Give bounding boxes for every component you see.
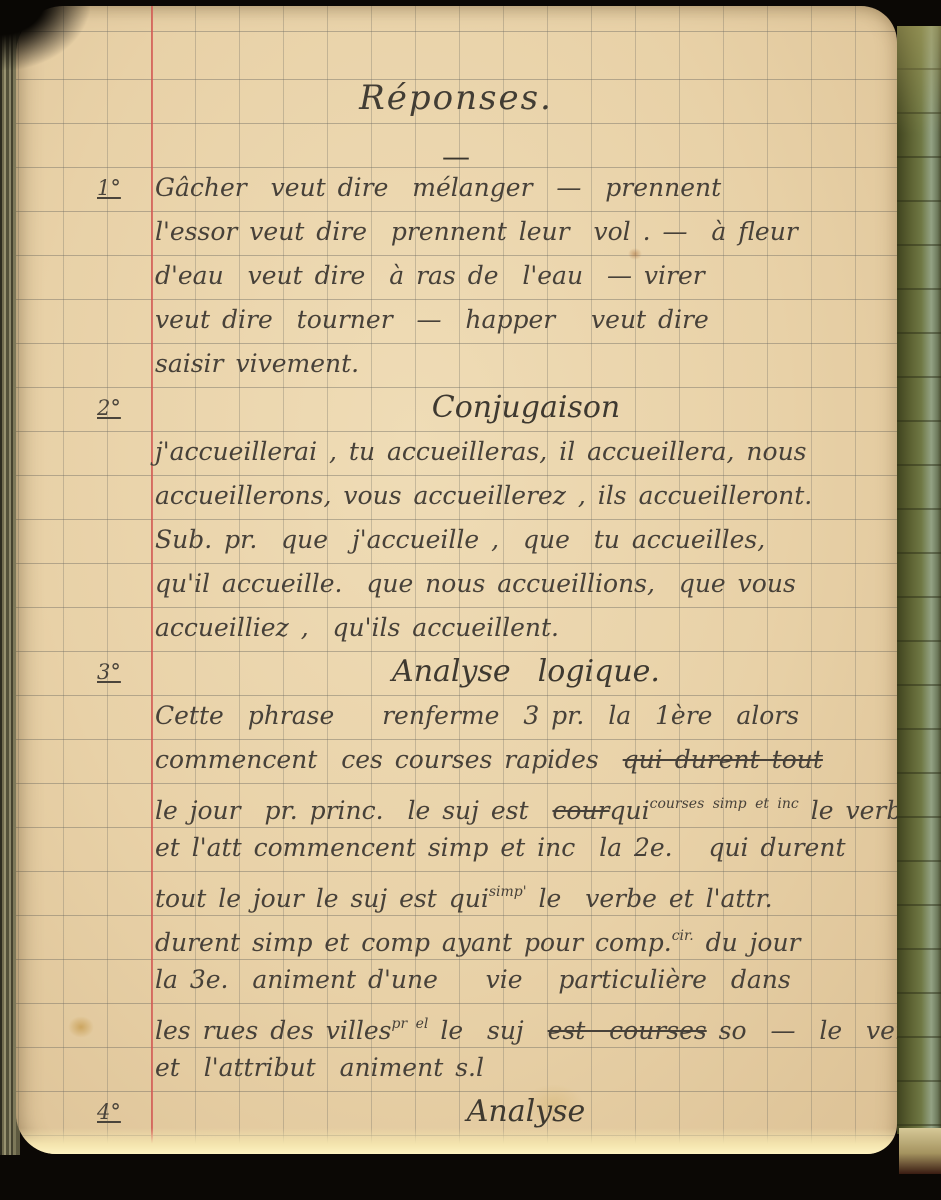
- handwritten-text: et l'attribut animent s.l: [155, 1053, 484, 1082]
- handwritten-text: so — le verbe: [707, 1016, 897, 1045]
- handwritten-text: les rues des villes: [155, 1016, 392, 1045]
- section-heading: 4°Analyse: [155, 1090, 897, 1134]
- manuscript-line: commencent ces courses rapides qui duren…: [155, 738, 897, 782]
- handwritten-text: la 3e. animent d'une vie particulière da…: [155, 965, 791, 994]
- handwritten-text: Analyse: [467, 1094, 586, 1129]
- page-title: Réponses.: [166, 78, 746, 118]
- manuscript-line: veut dire tourner — happer veut dire: [155, 298, 897, 342]
- section-heading: 2°Conjugaison: [155, 386, 897, 430]
- inserted-annotation: pr el: [392, 1016, 429, 1032]
- handwritten-text: Sub. pr. que j'accueille , que tu accuei…: [155, 525, 765, 554]
- manuscript-rows: 1°Gâcher veut dire mélanger — prennentl'…: [155, 166, 897, 1134]
- manuscript-line: l'essor veut dire prennent leur vol . — …: [155, 210, 897, 254]
- manuscript-line: et l'att commencent simp et inc la 2e. q…: [155, 826, 897, 870]
- manuscript-line: durent simp et comp ayant pour comp.cir.…: [155, 914, 897, 958]
- handwritten-text: veut dire tourner — happer veut dire: [155, 305, 709, 334]
- notebook-scan: Réponses. — 1°Gâcher veut dire mélanger …: [0, 0, 941, 1200]
- section-number: 4°: [97, 1090, 121, 1134]
- handwritten-text: le suj: [428, 1016, 547, 1045]
- manuscript-line: Sub. pr. que j'accueille , que tu accuei…: [155, 518, 897, 562]
- next-page-edge: [897, 26, 941, 1134]
- handwritten-text: tout le jour le suj est qui: [155, 884, 489, 913]
- manuscript-line: accueilliez , qu'ils accueillent.: [155, 606, 897, 650]
- manuscript-line: accueillerons, vous accueillerez , ils a…: [155, 474, 897, 518]
- handwritten-text: j'accueillerai , tu accueilleras, il acc…: [155, 437, 807, 466]
- handwritten-text: commencent ces courses rapides: [155, 745, 623, 774]
- section-heading: 3°Analyse logique.: [155, 650, 897, 694]
- manuscript-line: et l'attribut animent s.l: [155, 1046, 897, 1090]
- section-number: 2°: [97, 386, 121, 430]
- section-number: 1°: [97, 166, 121, 210]
- manuscript-line: Cette phrase renferme 3 pr. la 1ère alor…: [155, 694, 897, 738]
- handwritten-text: Conjugaison: [432, 390, 620, 425]
- red-margin-line: [151, 6, 153, 1154]
- crossed-out-text: est courses: [548, 1016, 707, 1045]
- manuscript-line: tout le jour le suj est quisimp' le verb…: [155, 870, 897, 914]
- manuscript-line: 1°Gâcher veut dire mélanger — prennent: [155, 166, 897, 210]
- next-page-edge-bottom: [899, 1128, 941, 1174]
- handwritten-text: qu'il accueille. que nous accueillions, …: [155, 569, 796, 598]
- handwritten-text: Analyse logique.: [392, 654, 660, 689]
- handwritten-text: l'essor veut dire prennent leur vol . — …: [155, 217, 798, 246]
- inserted-annotation: courses simp et inc: [650, 796, 799, 812]
- inserted-annotation: simp': [489, 884, 527, 900]
- handwritten-text: qui: [610, 796, 650, 825]
- handwritten-text: accueillerons, vous accueillerez , ils a…: [155, 481, 812, 510]
- handwritten-text: accueilliez , qu'ils accueillent.: [155, 613, 559, 642]
- handwritten-text: le verbe: [799, 796, 897, 825]
- next-page-edge-highlight: [897, 26, 941, 146]
- handwritten-text: saisir vivement.: [155, 349, 359, 378]
- handwritten-text: le verbe et l'attr.: [527, 884, 773, 913]
- handwritten-text: le jour pr. princ. le suj est: [155, 796, 552, 825]
- paper-stain: [68, 1016, 94, 1038]
- binding-corner-shadow: [0, 0, 90, 70]
- handwritten-text: durent simp et comp ayant pour comp.: [155, 928, 672, 957]
- notebook-page: Réponses. — 1°Gâcher veut dire mélanger …: [16, 6, 897, 1154]
- crossed-out-text: cour: [552, 796, 609, 825]
- inserted-annotation: cir.: [672, 928, 694, 944]
- handwritten-text: du jour: [694, 928, 801, 957]
- manuscript-line: les rues des villespr el le suj est cour…: [155, 1002, 897, 1046]
- handwritten-text: Gâcher veut dire mélanger — prennent: [155, 173, 721, 202]
- manuscript-line: le jour pr. princ. le suj est courquicou…: [155, 782, 897, 826]
- manuscript-line: saisir vivement.: [155, 342, 897, 386]
- handwritten-text: d'eau veut dire à ras de l'eau — virer: [155, 261, 705, 290]
- handwritten-text: Cette phrase renferme 3 pr. la 1ère alor…: [155, 701, 799, 730]
- crossed-out-text: qui durent tout: [623, 745, 823, 774]
- manuscript-line: qu'il accueille. que nous accueillions, …: [155, 562, 897, 606]
- section-number: 3°: [97, 650, 121, 694]
- manuscript-line: la 3e. animent d'une vie particulière da…: [155, 958, 897, 1002]
- manuscript-line: j'accueillerai , tu accueilleras, il acc…: [155, 430, 897, 474]
- manuscript-line: d'eau veut dire à ras de l'eau — virer: [155, 254, 897, 298]
- handwritten-text: et l'att commencent simp et inc la 2e. q…: [155, 833, 846, 862]
